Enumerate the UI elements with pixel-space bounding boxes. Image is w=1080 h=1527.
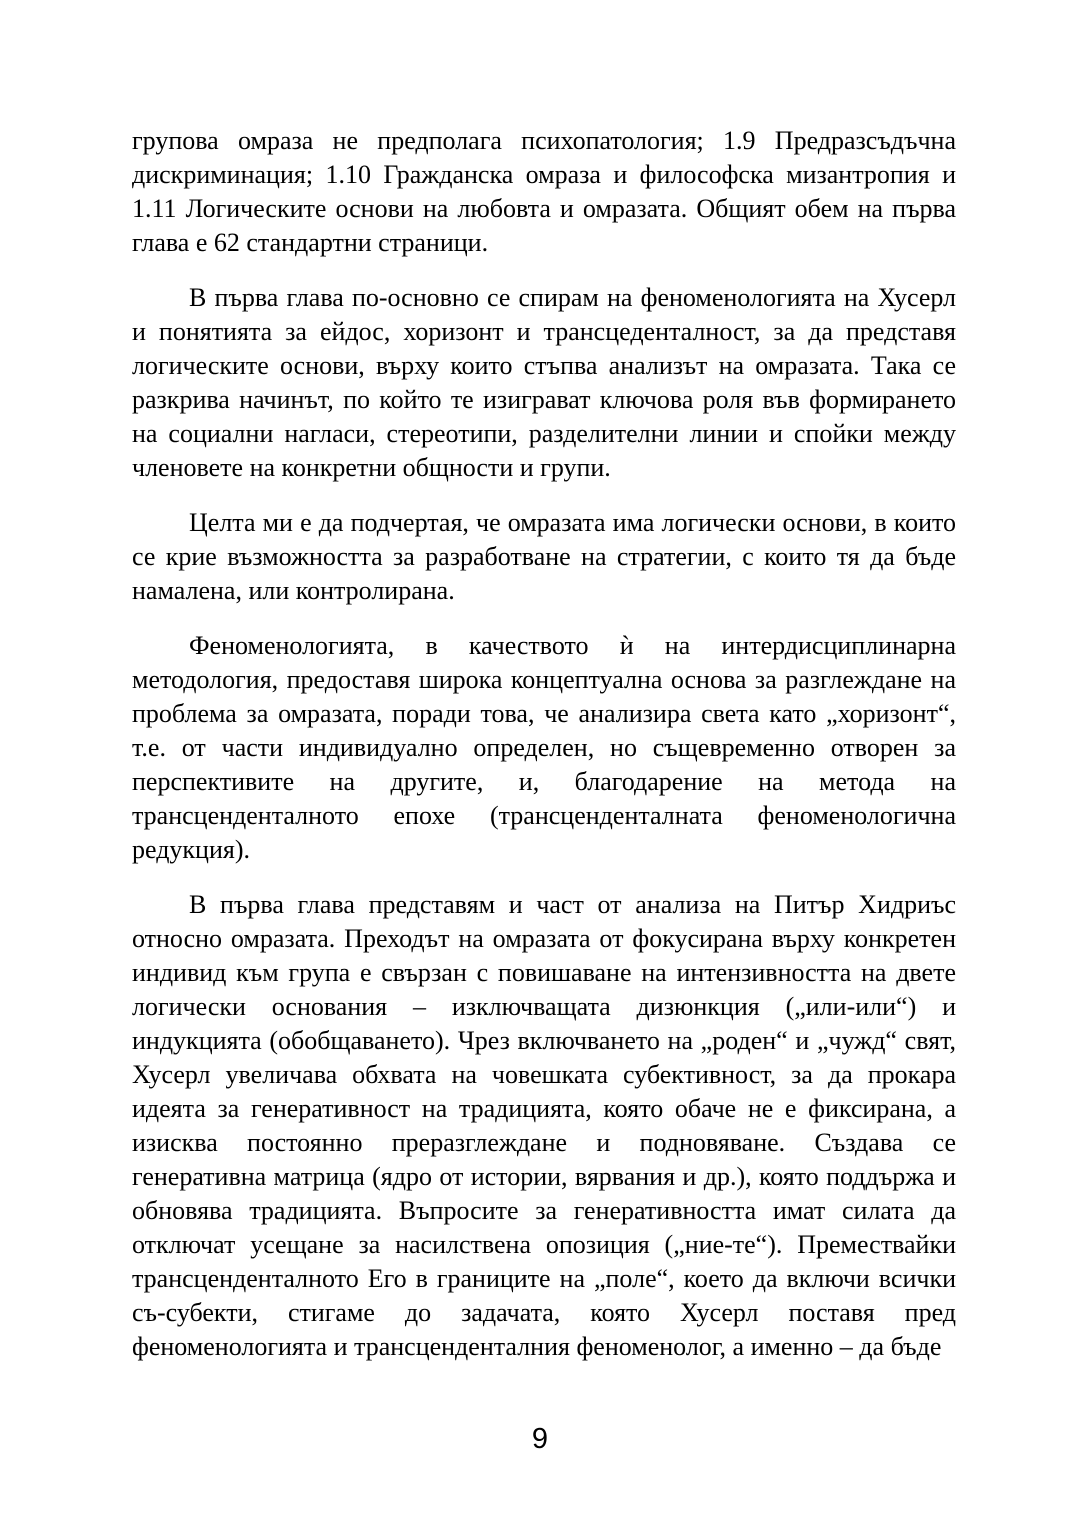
paragraph: Феноменологията, в качеството ѝ на интер…: [132, 629, 956, 867]
document-page: групова омраза не предполага психопатоло…: [0, 0, 1080, 1527]
paragraph: В първа глава представям и част от анали…: [132, 888, 956, 1364]
paragraph: В първа глава по-основно се спирам на фе…: [132, 281, 956, 485]
paragraph-continuation: групова омраза не предполага психопатоло…: [132, 124, 956, 260]
page-footer: 9: [0, 1423, 1080, 1456]
page-number: 9: [532, 1423, 548, 1455]
paragraph: Целта ми е да подчертая, че омразата има…: [132, 506, 956, 608]
page-text-body: групова омраза не предполага психопатоло…: [132, 124, 956, 1385]
